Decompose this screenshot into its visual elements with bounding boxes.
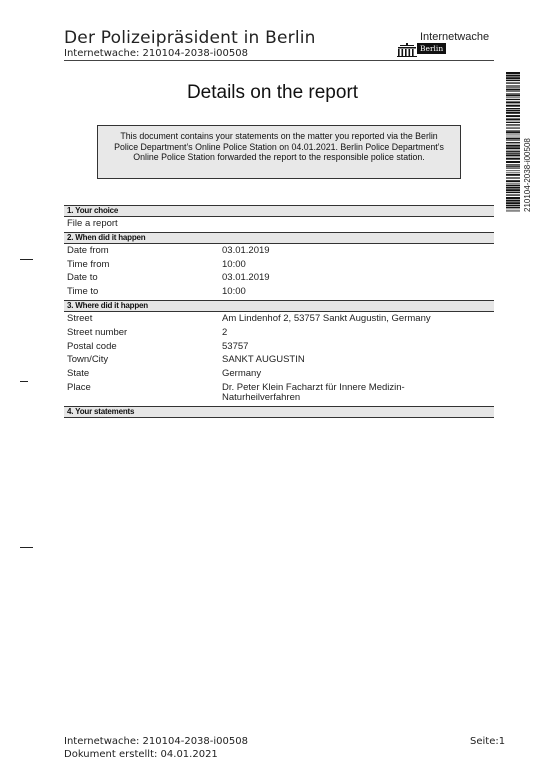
footer-reference: Internetwache: 210104-2038-i00508: [64, 736, 248, 747]
report-sections: 1. Your choice File a report 2. When did…: [64, 205, 494, 418]
table-row: Town/CitySANKT AUGUSTIN: [64, 353, 494, 367]
section-heading: 4. Your statements: [64, 406, 494, 418]
table-row: Street number2: [64, 326, 494, 340]
table-row: PlaceDr. Peter Klein Facharzt für Innere…: [64, 381, 494, 405]
table-row: Date from03.01.2019: [64, 244, 494, 258]
table-row: StateGermany: [64, 367, 494, 381]
page-number: Seite:1: [470, 736, 505, 747]
section-heading: 3. Where did it happen: [64, 300, 494, 312]
punch-mark: [20, 381, 28, 382]
footer-created-date: Dokument erstellt: 04.01.2021: [64, 749, 218, 760]
fold-mark: [20, 259, 33, 260]
section-text: File a report: [64, 217, 494, 231]
section-heading: 1. Your choice: [64, 205, 494, 217]
table-row: Time to10:00: [64, 285, 494, 299]
section-when: 2. When did it happen Date from03.01.201…: [64, 232, 494, 299]
document-title: Details on the report: [0, 82, 545, 104]
table-row: Time from10:00: [64, 258, 494, 272]
logo-badge: Berlin: [417, 43, 446, 54]
fold-mark: [20, 547, 33, 548]
brandenburg-gate-icon: [397, 43, 417, 57]
section-statements: 4. Your statements: [64, 406, 494, 418]
reference-number: Internetwache: 210104-2038-i00508: [64, 48, 248, 59]
table-row: Postal code53757: [64, 340, 494, 354]
header-divider: [64, 60, 494, 61]
notice-box: This document contains your statements o…: [97, 125, 461, 179]
table-row: Date to03.01.2019: [64, 271, 494, 285]
section-heading: 2. When did it happen: [64, 232, 494, 244]
authority-title: Der Polizeipräsident in Berlin: [64, 28, 316, 48]
table-row: StreetAm Lindenhof 2, 53757 Sankt August…: [64, 312, 494, 326]
section-where: 3. Where did it happen StreetAm Lindenho…: [64, 300, 494, 405]
section-your-choice: 1. Your choice File a report: [64, 205, 494, 231]
logo-text: Internetwache: [420, 31, 489, 43]
